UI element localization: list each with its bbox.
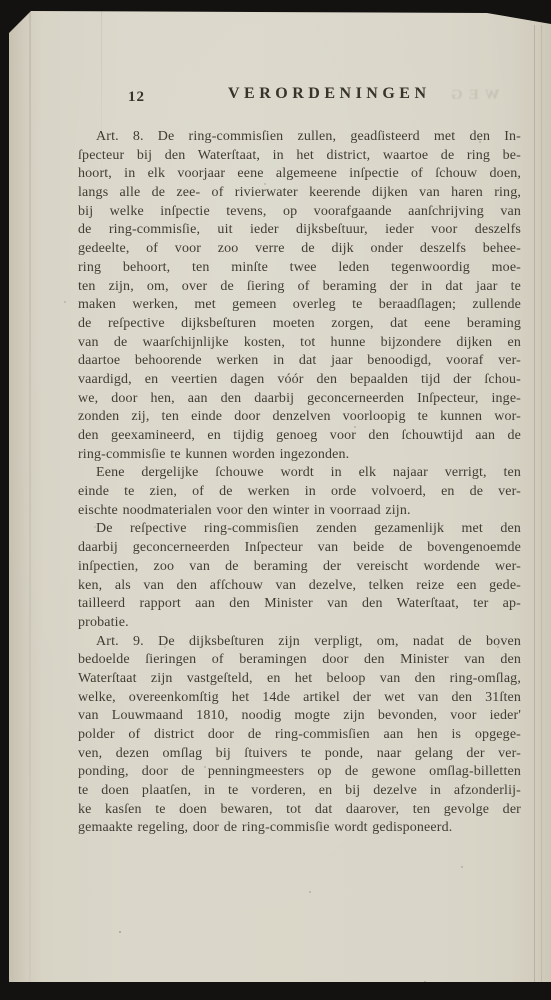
page-number: 12: [128, 89, 145, 106]
text-line: de reſpective dijksbeſturen moeten zorge…: [78, 315, 521, 334]
text-line: Eene dergelijke ſchouwe wordt in elk naj…: [78, 464, 521, 483]
text-line: ten zijn, om, over de ſiering of beramin…: [78, 278, 521, 297]
text-line: Art. 8. De ring-commisſien zullen, geadſ…: [78, 128, 521, 147]
text-line: vaardigd, en veertien dagen vóór den bep…: [78, 371, 521, 390]
bleedthrough-text: WEG: [445, 87, 500, 104]
scanned-book-page: { "scan": { "page_number": "12", "runnin…: [0, 0, 551, 1000]
text-line: De reſpective ring-commisſien zenden gez…: [78, 520, 521, 539]
text-line: inſpectien, zoo van de beraming der vere…: [78, 558, 521, 577]
text-line: ſpecteur bij den Waterſtaat, in het dist…: [78, 147, 521, 166]
text-line: daartoe behoorende werken in dat jaar be…: [78, 352, 521, 371]
text-line: gemaakte regeling, door de ring-commisſi…: [78, 819, 521, 838]
page-edge-line: [541, 25, 542, 982]
page-edge-line: [534, 25, 535, 982]
paper-speckles: [9, 11, 11, 13]
text-line: den geexamineerd, en tijdig genoeg voor …: [78, 427, 521, 446]
running-title: VERORDENINGEN: [228, 85, 431, 103]
text-line: ring-commisſie te kunnen worden ingezond…: [78, 446, 521, 465]
text-line: bedoelde ſieringen of beramingen door de…: [78, 651, 521, 670]
text-line: we, door hen, aan den daarbij geconcerne…: [78, 390, 521, 409]
text-line: ken, als van den afſchouw van dezelve, t…: [78, 577, 521, 596]
body-text: Art. 8. De ring-commisſien zullen, geadſ…: [78, 128, 521, 838]
text-line: van de waarſchijnlijke kosten, tot hunne…: [78, 334, 521, 353]
text-line: van Louwmaand 1810, noodig mogte zijn be…: [78, 707, 521, 726]
text-line: ring behoort, ten minſte twee leden tege…: [78, 259, 521, 278]
text-line: eischte noodmaterialen voor den winter i…: [78, 502, 521, 521]
text-line: ven, dezen omſlag bij ſtuivers te ponde,…: [78, 745, 521, 764]
text-line: te doen plaatſen, in te vorderen, en bij…: [78, 782, 521, 801]
text-line: zonden zij, ten einde door denzelven voo…: [78, 408, 521, 427]
text-line: de ring-commisſie, uit ieder dijksbeſtuu…: [78, 221, 521, 240]
text-line: welke, overeenkomſtig het 14de artikel d…: [78, 689, 521, 708]
text-line: daarbij geconcerneerden Inſpecteur van b…: [78, 539, 521, 558]
text-line: bij welke inſpectie tevens, op voorafgaa…: [78, 203, 521, 222]
paper-page: 12 VERORDENINGEN WEG Art. 8. De ring-com…: [9, 11, 551, 982]
text-line: probatie.: [78, 614, 521, 633]
text-line: polder of district door de ring-commisſi…: [78, 726, 521, 745]
text-line: ke kasſen te doen bewaren, tot dat daaro…: [78, 801, 521, 820]
text-line: hoort, in elk voorjaar eene algemeene in…: [78, 165, 521, 184]
text-line: langs alle de zee- of rivierwater keeren…: [78, 184, 521, 203]
text-line: tailleerd rapport aan den Minister van d…: [78, 595, 521, 614]
text-line: Art. 9. De dijksbeſturen zijn verpligt, …: [78, 633, 521, 652]
text-line: Waterſtaat zijn vastgeſteld, en het belo…: [78, 670, 521, 689]
text-line: maken werken, met gemeen overleg te bera…: [78, 296, 521, 315]
text-line: ponding, door de penningmeesters op de g…: [78, 763, 521, 782]
binding-crease: [29, 11, 31, 982]
text-line: einde te zien, of de werken in orde volv…: [78, 483, 521, 502]
text-line: gedeelte, of voor zoo verre de dijk onde…: [78, 240, 521, 259]
